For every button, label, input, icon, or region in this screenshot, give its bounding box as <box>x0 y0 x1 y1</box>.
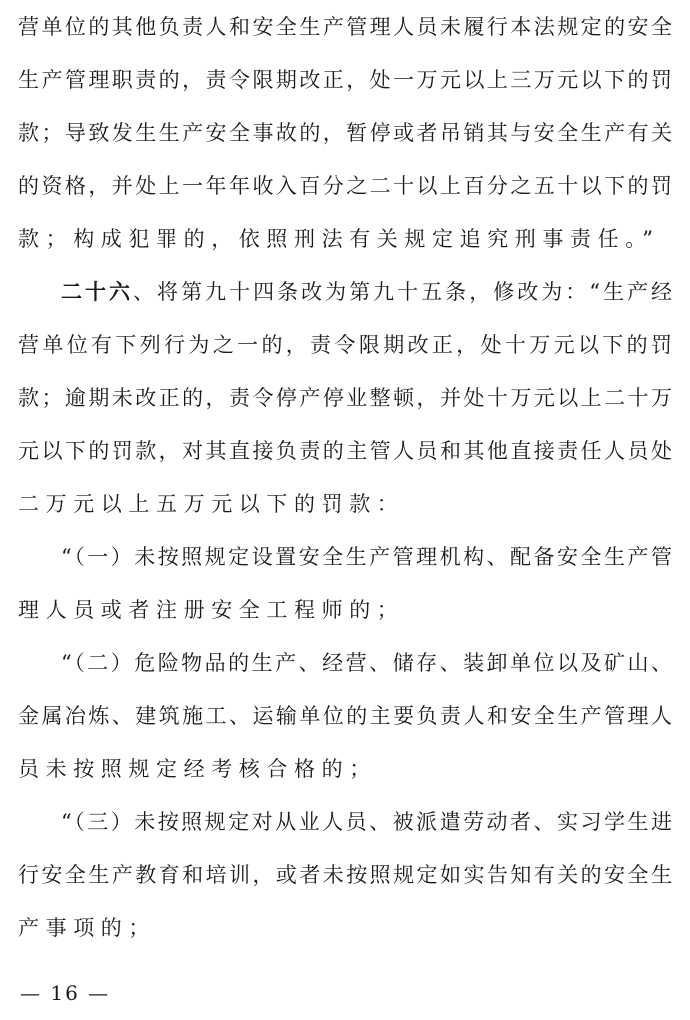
page-number: — 16 — <box>20 980 110 1006</box>
list-item-2: “（二）危险物品的生产、经营、储存、装卸单位以及矿山、 <box>61 649 672 677</box>
text-line: 营单位有下列行为之一的，责令限期改正，处十万元以下的罚 <box>18 331 672 359</box>
item-label: “（一） <box>61 545 134 569</box>
text-line: 款；导致发生生产安全事故的，暂停或者吊销其与安全生产有关 <box>18 119 672 147</box>
text-line: 行安全生产教育和培训，或者未按照规定如实告知有关的安全生 <box>18 861 672 889</box>
article-text: 、将第九十四条改为第九十五条，修改为：“生产经 <box>133 280 672 304</box>
text-line: 款；逾期未改正的，责令停产停业整顿，并处十万元以上二十万 <box>18 384 672 412</box>
text-line: 金属冶炼、建筑施工、运输单位的主要负责人和安全生产管理人 <box>18 702 672 730</box>
text-line: 款；构成犯罪的，依照刑法有关规定追究刑事责任。” <box>18 225 672 253</box>
item-text: 未按照规定设置安全生产管理机构、配备安全生产管 <box>134 545 672 569</box>
item-text: 未按照规定对从业人员、被派遣劳动者、实习学生进 <box>134 810 672 834</box>
text-line: 理人员或者注册安全工程师的； <box>18 596 672 624</box>
article-heading: 二十六 <box>61 280 133 304</box>
document-page: 营单位的其他负责人和安全生产管理人员未履行本法规定的安全 生产管理职责的，责令限… <box>0 0 690 1020</box>
article-26-first-line: 二十六、将第九十四条改为第九十五条，修改为：“生产经 <box>61 278 672 306</box>
text-line: 元以下的罚款，对其直接负责的主管人员和其他直接责任人员处 <box>18 437 672 465</box>
text-line: 的资格，并处上一年年收入百分之二十以上百分之五十以下的罚 <box>18 172 672 200</box>
text-line: 产事项的； <box>18 914 672 942</box>
text-line: 员未按照规定经考核合格的； <box>18 755 672 783</box>
item-text: 危险物品的生产、经营、储存、装卸单位以及矿山、 <box>134 651 672 675</box>
item-label: “（三） <box>61 810 134 834</box>
list-item-3: “（三）未按照规定对从业人员、被派遣劳动者、实习学生进 <box>61 808 672 836</box>
text-line: 二万元以上五万元以下的罚款： <box>18 490 672 518</box>
item-label: “（二） <box>61 651 134 675</box>
list-item-1: “（一）未按照规定设置安全生产管理机构、配备安全生产管 <box>61 543 672 571</box>
text-line: 营单位的其他负责人和安全生产管理人员未履行本法规定的安全 <box>18 13 672 41</box>
text-line: 生产管理职责的，责令限期改正，处一万元以上三万元以下的罚 <box>18 66 672 94</box>
